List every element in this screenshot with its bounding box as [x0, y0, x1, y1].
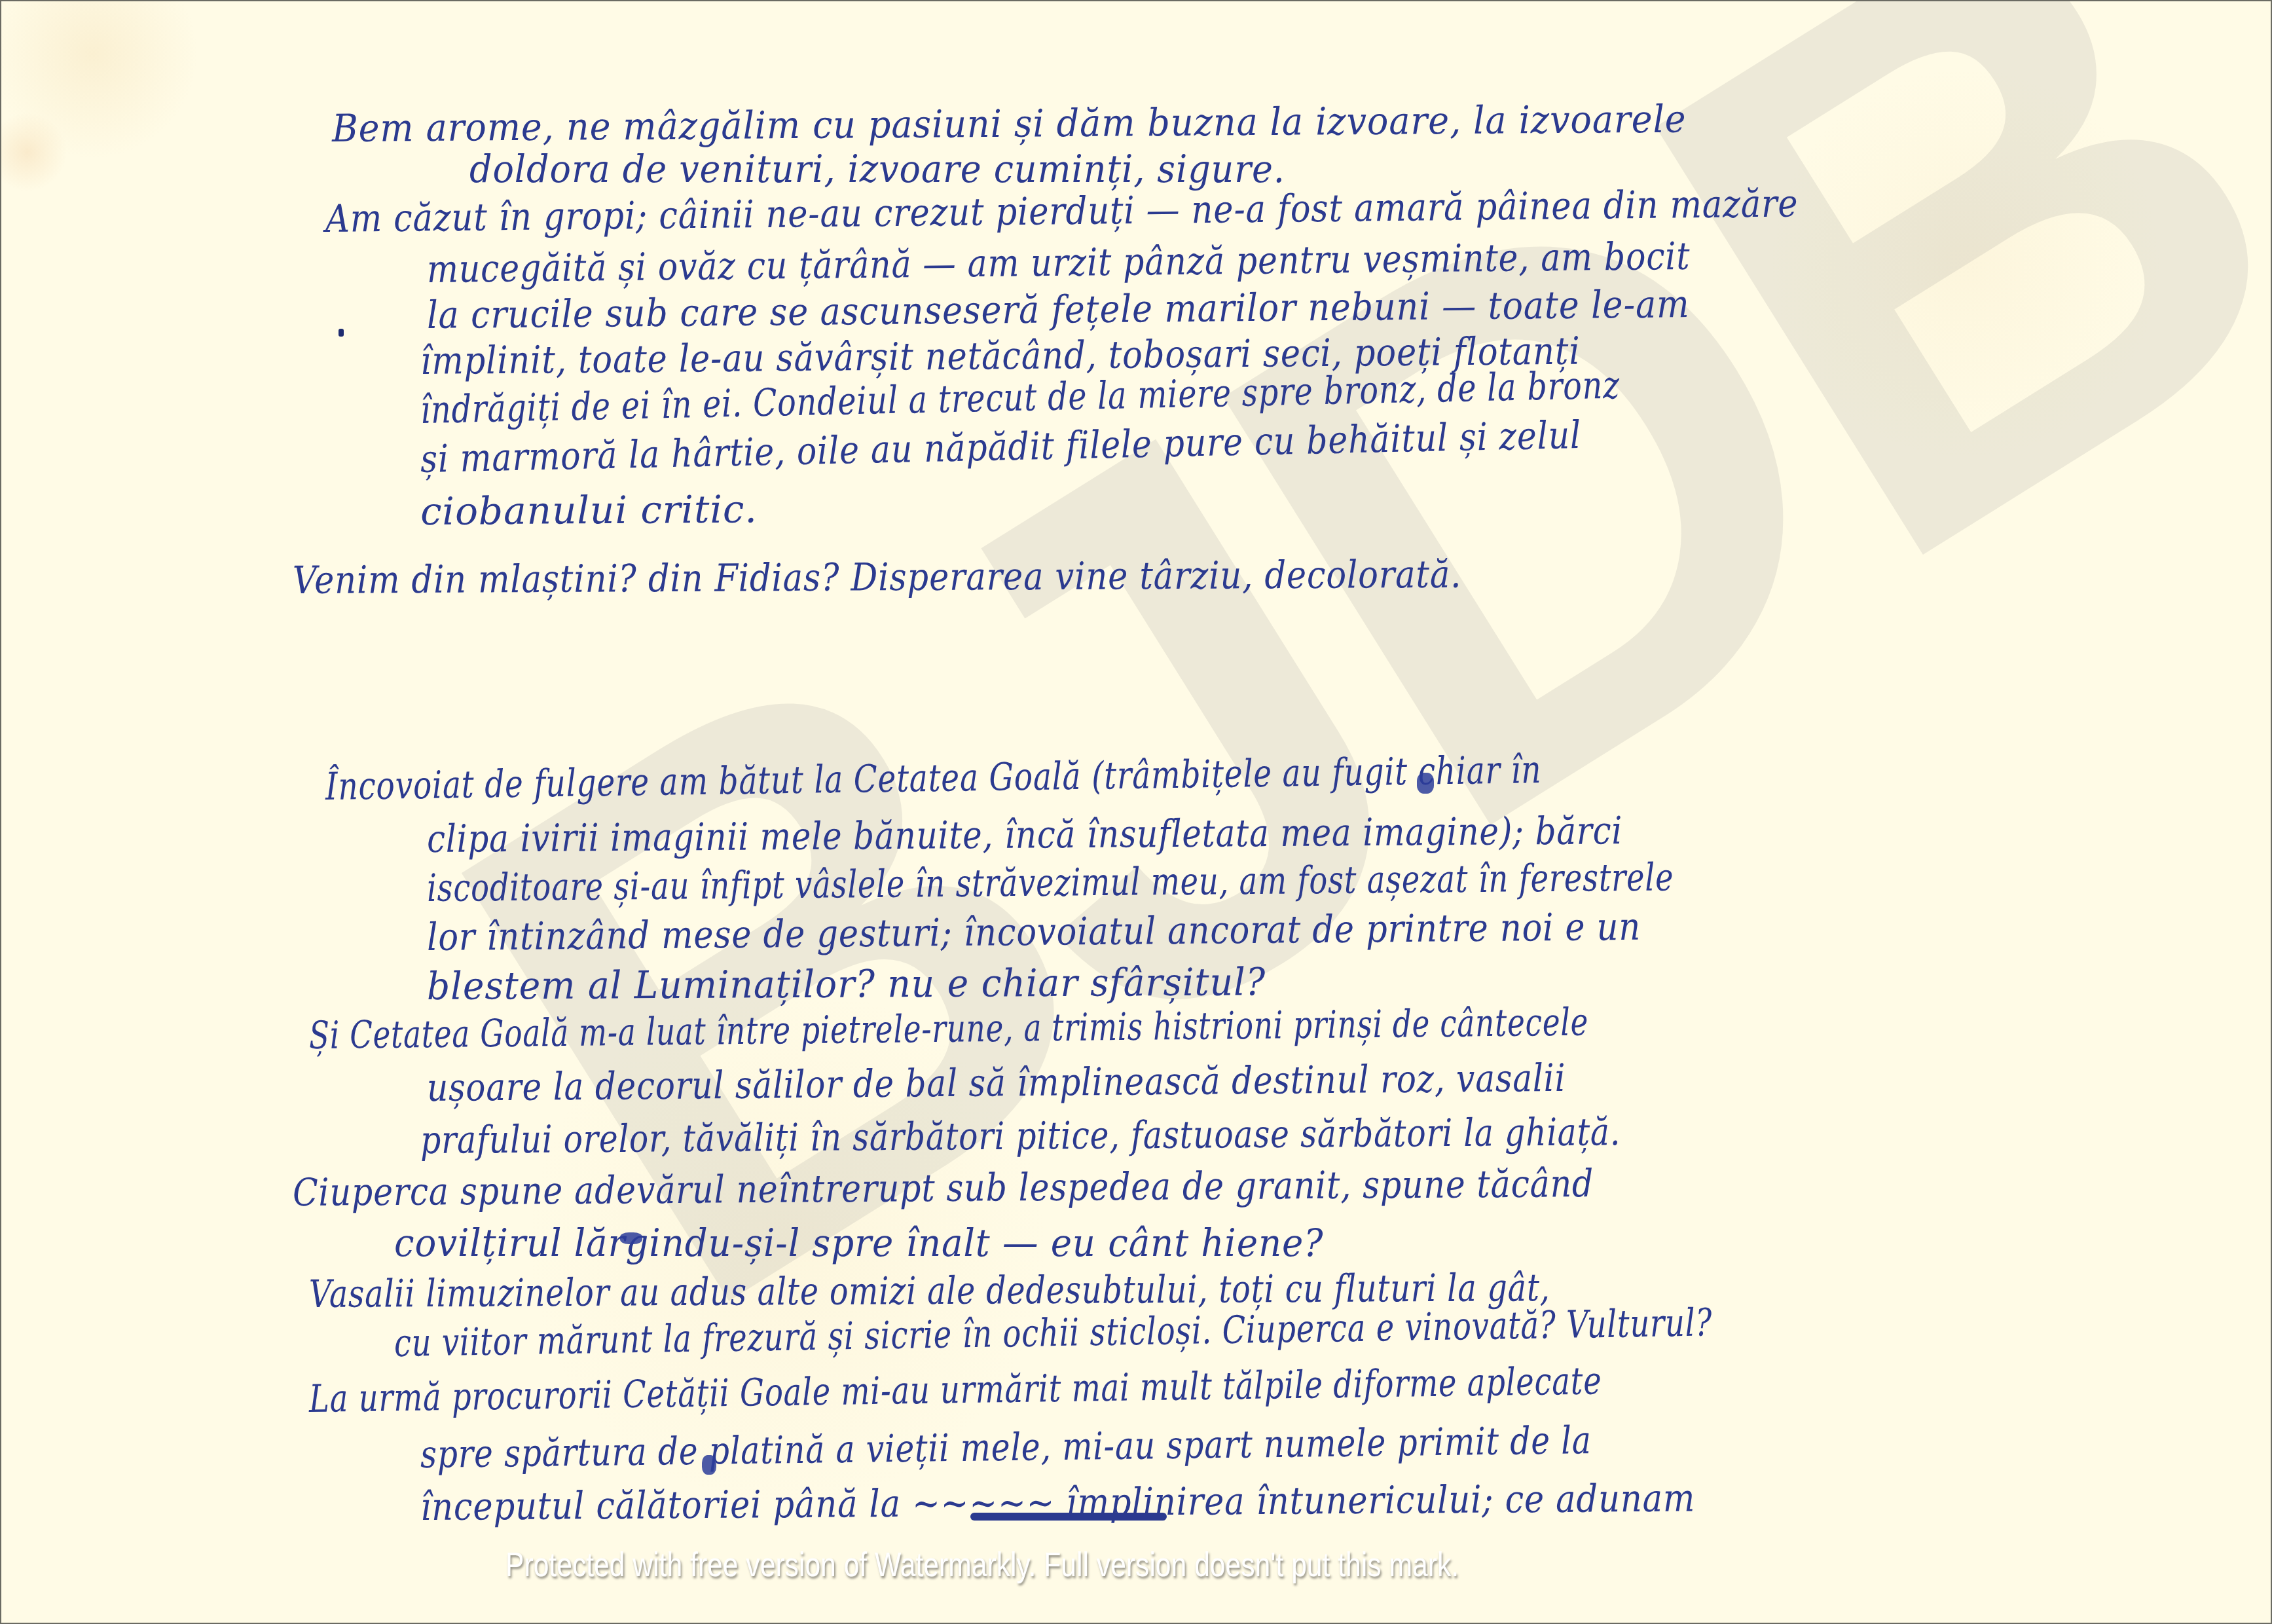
manuscript-line: Venim din mlaștini? din Fidias? Disperar…: [293, 552, 1462, 602]
ink-blot: [620, 1232, 642, 1244]
manuscript-line: clipa ivirii imaginii mele bănuite, încă…: [427, 808, 1623, 861]
manuscript-line: La urmă procurorii Cetății Goale mi-au u…: [309, 1358, 1602, 1421]
manuscript-line: iscoditoare și-au înfipt vâslele în stră…: [427, 855, 1674, 910]
ink-blot: [1417, 773, 1434, 794]
manuscript-line: începutul călătoriei până la ~~~~~ împli…: [420, 1475, 1696, 1529]
manuscript-line: prafului orelor, tăvăliți în sărbători p…: [420, 1109, 1621, 1162]
manuscript-line: doldora de venituri, izvoare cuminți, si…: [469, 147, 1285, 191]
watermarkly-notice: Protected with free version of Watermark…: [505, 1545, 1459, 1585]
manuscript-line: Încovoiat de fulgere am bătut la Cetatea…: [325, 747, 1542, 809]
ink-dot: [339, 329, 344, 337]
crossed-out-word: [970, 1513, 1167, 1521]
manuscript-line: ciobanului critic.: [420, 487, 758, 534]
manuscript-line: ușoare la decorul sălilor de bal să împl…: [427, 1056, 1566, 1110]
ink-blot: [702, 1455, 716, 1475]
manuscript-line: blestem al Luminaților? nu e chiar sfârș…: [427, 959, 1266, 1008]
manuscript-line: spre spărtura de platină a vieții mele, …: [420, 1418, 1592, 1477]
manuscript-line: Ciuperca spune adevărul neîntrerupt sub …: [293, 1161, 1594, 1215]
manuscript-line: lor întinzând mese de gesturi; încovoiat…: [427, 904, 1641, 959]
manuscript-line: Bem arome, ne mâzgălim cu pasiuni și dăm…: [332, 97, 1687, 151]
manuscript-page: BJDB Bem arome, ne mâzgălim cu pasiuni ș…: [0, 0, 2272, 1624]
manuscript-line: Și Cetatea Goală m-a luat între pietrele…: [309, 1000, 1589, 1058]
manuscript-line: covilțirul lărgindu-și-l spre înalt — eu…: [394, 1221, 1323, 1265]
